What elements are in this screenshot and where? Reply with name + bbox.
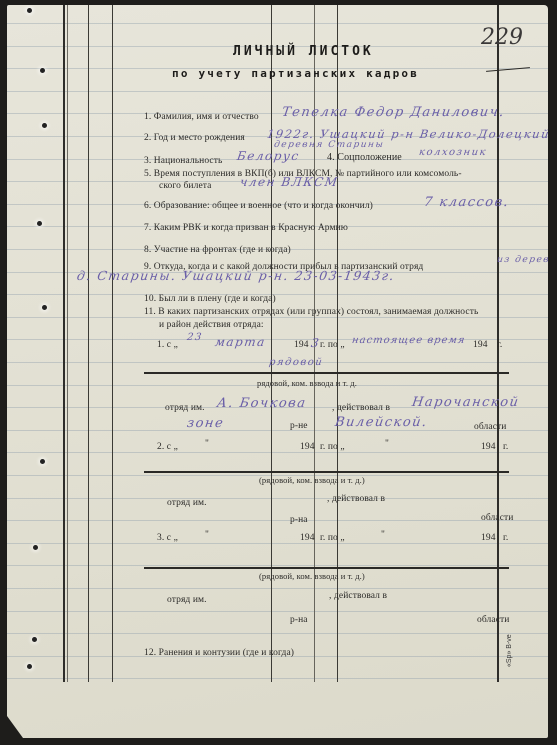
period-3-unit-label: отряд им. <box>167 595 207 605</box>
punch-hole <box>42 305 47 310</box>
punch-hole <box>27 8 32 13</box>
column-line <box>88 5 89 682</box>
period-1-district-label: р-не <box>290 421 308 431</box>
period-3-position-line <box>144 567 509 569</box>
period-1-to-year-suffix: г. <box>497 340 502 350</box>
period-1-region-value: Вилейской. <box>334 415 429 430</box>
period-1-from-day: 23 <box>186 332 203 343</box>
period-3-to-quote: " <box>381 530 385 540</box>
field-value-nationality: Белорус <box>236 149 301 163</box>
period-1-position-caption: рядовой, ком. взвода и т. д. <box>257 378 357 388</box>
field-value-arrival-line2: д. Старины. Ушацкий р-н. 23-03-1943г. <box>76 268 396 283</box>
period-2-district-label: р-на <box>290 515 308 525</box>
period-1-unit-value: А. Бочкова <box>216 396 308 411</box>
period-3-region-label: области <box>477 615 509 625</box>
punch-hole <box>33 545 38 550</box>
period-1-region-label: области <box>474 422 506 432</box>
field-label-party-line2: ского билета <box>159 181 211 191</box>
period-3-acted-label: , действовал в <box>329 591 387 601</box>
period-3-to-year-suffix: г. <box>503 533 508 543</box>
field-label-fronts: 8. Участие на фронтах (где и когда) <box>144 245 291 255</box>
period-1-to-year: 194 <box>473 340 488 350</box>
archive-stamp: «Sp» B-ve <box>506 634 513 667</box>
period-1-year-suffix: г. по „ <box>320 340 345 350</box>
field-label-education: 6. Образование: общее и военное (что и к… <box>144 201 373 211</box>
field-label-birth: 2. Год и место рождения <box>144 133 245 143</box>
period-2-region-label: области <box>481 513 513 523</box>
period-1-unit-label: отряд им. <box>165 403 205 413</box>
period-2-acted-label: , действовал в <box>327 494 385 504</box>
period-2-quote: " <box>205 439 209 449</box>
column-line <box>112 5 113 682</box>
field-label-captivity: 10. Был ли в плену (где и когда) <box>144 294 276 304</box>
period-2-num: 2. с „ <box>157 442 178 452</box>
field-value-social: колхозник <box>418 147 488 158</box>
field-value-party: член ВЛКСМ <box>239 175 339 189</box>
field-label-units: 11. В каких партизанских отрядах (или гр… <box>144 307 478 317</box>
field-label-name: 1. Фамилия, имя и отчество <box>144 112 259 122</box>
period-1-from-year: 194 <box>294 340 309 350</box>
period-3-to-year: 194 <box>481 533 496 543</box>
period-3-position-caption: (рядовой, ком. взвода и т. д.) <box>259 571 365 581</box>
document-sheet: 229 ЛИЧНЫЙ ЛИСТОК по учету партизанских … <box>7 5 548 738</box>
period-3-quote: " <box>205 530 209 540</box>
punch-hole <box>37 221 42 226</box>
punch-hole <box>42 123 47 128</box>
period-1-position: рядовой <box>268 357 324 368</box>
field-label-wounds: 12. Ранения и контузии (где и когда) <box>144 648 294 658</box>
punch-hole <box>40 459 45 464</box>
field-label-units-line2: и район действия отряда: <box>159 320 264 330</box>
sheet-number: 229 <box>481 25 523 50</box>
period-3-num: 3. с „ <box>157 533 178 543</box>
document-title: ЛИЧНЫЙ ЛИСТОК <box>233 44 374 59</box>
period-1-position-line <box>144 372 509 374</box>
period-2-to-year-suffix: г. <box>503 442 508 452</box>
period-2-to-year: 194 <box>481 442 496 452</box>
margin-line-double-b <box>67 5 68 682</box>
punch-hole <box>32 637 37 642</box>
period-1-acted-label: , действовал в <box>332 403 390 413</box>
period-2-position-caption: (рядовой, ком. взвода и т. д.) <box>259 475 365 485</box>
period-1-from-month: марта <box>214 335 267 349</box>
period-2-to-quote: " <box>385 439 389 449</box>
punch-hole <box>40 68 45 73</box>
period-2-from-year: 194 <box>300 442 315 452</box>
field-label-social: 4. Соцположение <box>327 152 402 163</box>
period-2-year-suffix: г. по „ <box>320 442 345 452</box>
period-1-num: 1. с „ <box>157 340 178 350</box>
field-label-nationality: 3. Национальность <box>144 156 222 166</box>
document-subtitle: по учету партизанских кадров <box>172 67 419 80</box>
punch-hole <box>27 664 32 669</box>
field-label-conscription: 7. Каким РВК и когда призван в Красную А… <box>144 223 348 233</box>
period-3-from-year: 194 <box>300 533 315 543</box>
period-1-zone: зоне <box>186 416 225 431</box>
period-2-position-line <box>144 471 509 473</box>
field-value-name: Тепелка Федор Данилович. <box>281 105 506 120</box>
field-value-birth: 1922г. Ушацкий р-н Велико-Долецкий с/с <box>266 127 557 141</box>
period-2-unit-label: отряд им. <box>167 498 207 508</box>
field-value-education: 7 классов. <box>423 195 510 210</box>
period-3-year-suffix: г. по „ <box>320 533 345 543</box>
period-1-acted-value: Нарочанской <box>411 395 520 410</box>
period-1-to: настоящее время <box>351 335 466 346</box>
margin-line-double <box>63 5 65 682</box>
field-value-arrival: из деревни <box>496 255 557 265</box>
period-3-district-label: р-на <box>290 615 308 625</box>
